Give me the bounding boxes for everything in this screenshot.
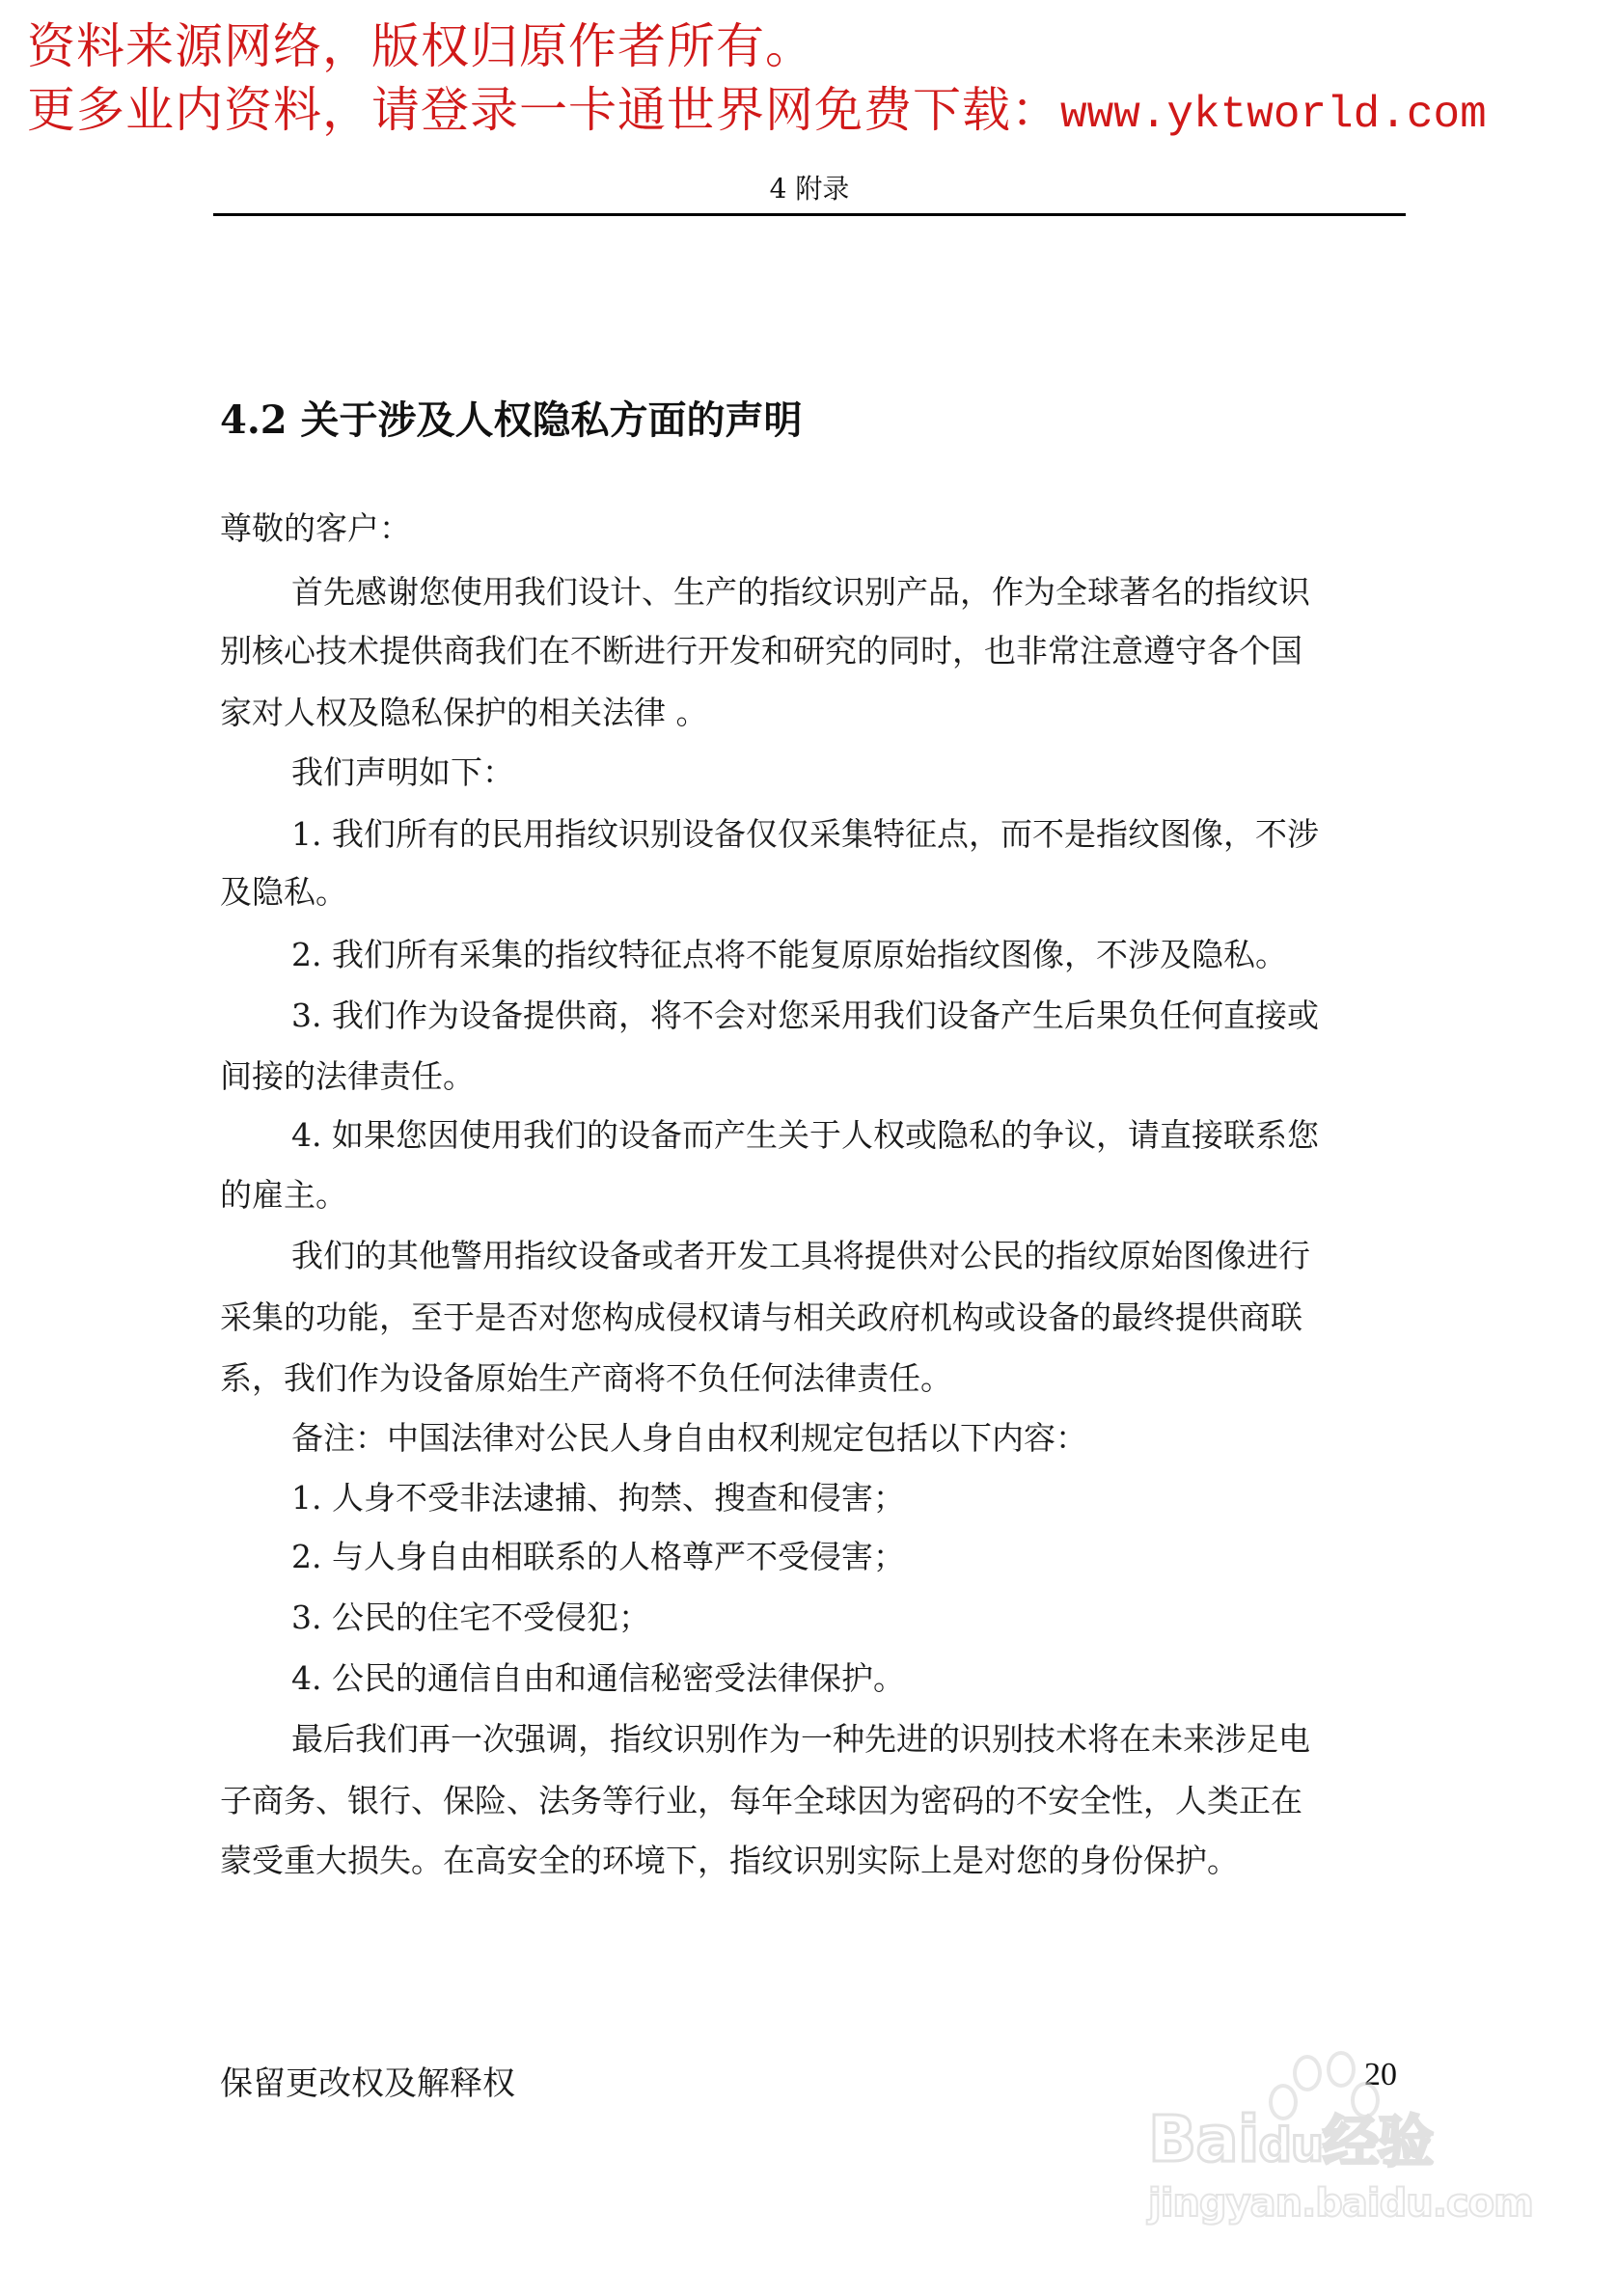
body-line: 首先感谢您使用我们设计、生产的指纹识别产品，作为全球著名的指纹识 bbox=[220, 571, 1402, 614]
body-line: 我们的其他警用指纹设备或者开发工具将提供对公民的指纹原始图像进行 bbox=[220, 1235, 1402, 1277]
body-line: 别核心技术提供商我们在不断进行开发和研究的同时，也非常注意遵守各个国 bbox=[220, 630, 1402, 672]
body-line: 1. 我们所有的民用指纹识别设备仅仅采集特征点，而不是指纹图像，不涉 bbox=[220, 813, 1402, 856]
baidu-jingyan-watermark: Baidu经验 jingyan.baidu.com bbox=[1148, 2055, 1534, 2238]
body-line: 1. 人身不受非法逮捕、拘禁、搜查和侵害； bbox=[220, 1477, 1402, 1519]
section-title: 4.2 关于涉及人权隐私方面的声明 bbox=[220, 397, 803, 444]
body-line: 最后我们再一次强调，指纹识别作为一种先进的识别技术将在未来涉足电 bbox=[220, 1718, 1402, 1761]
body-line: 我们声明如下： bbox=[220, 752, 1402, 794]
body-line: 间接的法律责任。 bbox=[220, 1055, 1402, 1098]
source-banner-line1: 资料来源网络，版权归原作者所有。 bbox=[27, 19, 814, 73]
running-header: 4 附录 bbox=[213, 172, 1406, 206]
body-line: 的雇主。 bbox=[220, 1174, 1402, 1216]
body-line: 尊敬的客户： bbox=[220, 507, 1402, 550]
body-line: 3. 我们作为设备提供商，将不会对您采用我们设备产生后果负任何直接或 bbox=[220, 995, 1402, 1037]
body-line: 4. 如果您因使用我们的设备而产生关于人权或隐私的争议，请直接联系您 bbox=[220, 1114, 1402, 1157]
body-line: 2. 我们所有采集的指纹特征点将不能复原原始指纹图像，不涉及隐私。 bbox=[220, 934, 1402, 976]
body-line: 家对人权及隐私保护的相关法律 。 bbox=[220, 692, 1402, 734]
watermark-brand: Baidu经验 bbox=[1148, 2105, 1433, 2180]
source-banner-text: 更多业内资料，请登录一卡通世界网免费下载： bbox=[27, 82, 1060, 138]
body-line: 2. 与人身自由相联系的人格尊严不受侵害； bbox=[220, 1536, 1402, 1578]
watermark-url: jingyan.baidu.com bbox=[1148, 2180, 1533, 2227]
body-line: 备注：中国法律对公民人身自由权利规定包括以下内容： bbox=[220, 1417, 1402, 1460]
body-line: 采集的功能，至于是否对您构成侵权请与相关政府机构或设备的最终提供商联 bbox=[220, 1297, 1402, 1339]
body-line: 子商务、银行、保险、法务等行业，每年全球因为密码的不安全性，人类正在 bbox=[220, 1780, 1402, 1822]
footer-note: 保留更改权及解释权 bbox=[220, 2064, 515, 2104]
source-banner-url[interactable]: www.yktworld.com bbox=[1060, 90, 1487, 140]
body-line: 4. 公民的通信自由和通信秘密受法律保护。 bbox=[220, 1657, 1402, 1700]
header-rule bbox=[213, 213, 1406, 216]
body-line: 系，我们作为设备原始生产商将不负任何法律责任。 bbox=[220, 1357, 1402, 1400]
source-banner-line2: 更多业内资料，请登录一卡通世界网免费下载：www.yktworld.com bbox=[27, 83, 1487, 142]
body-line: 及隐私。 bbox=[220, 871, 1402, 914]
body-line: 3. 公民的住宅不受侵犯； bbox=[220, 1597, 1402, 1639]
body-line: 蒙受重大损失。在高安全的环境下，指纹识别实际上是对您的身份保护。 bbox=[220, 1840, 1402, 1882]
